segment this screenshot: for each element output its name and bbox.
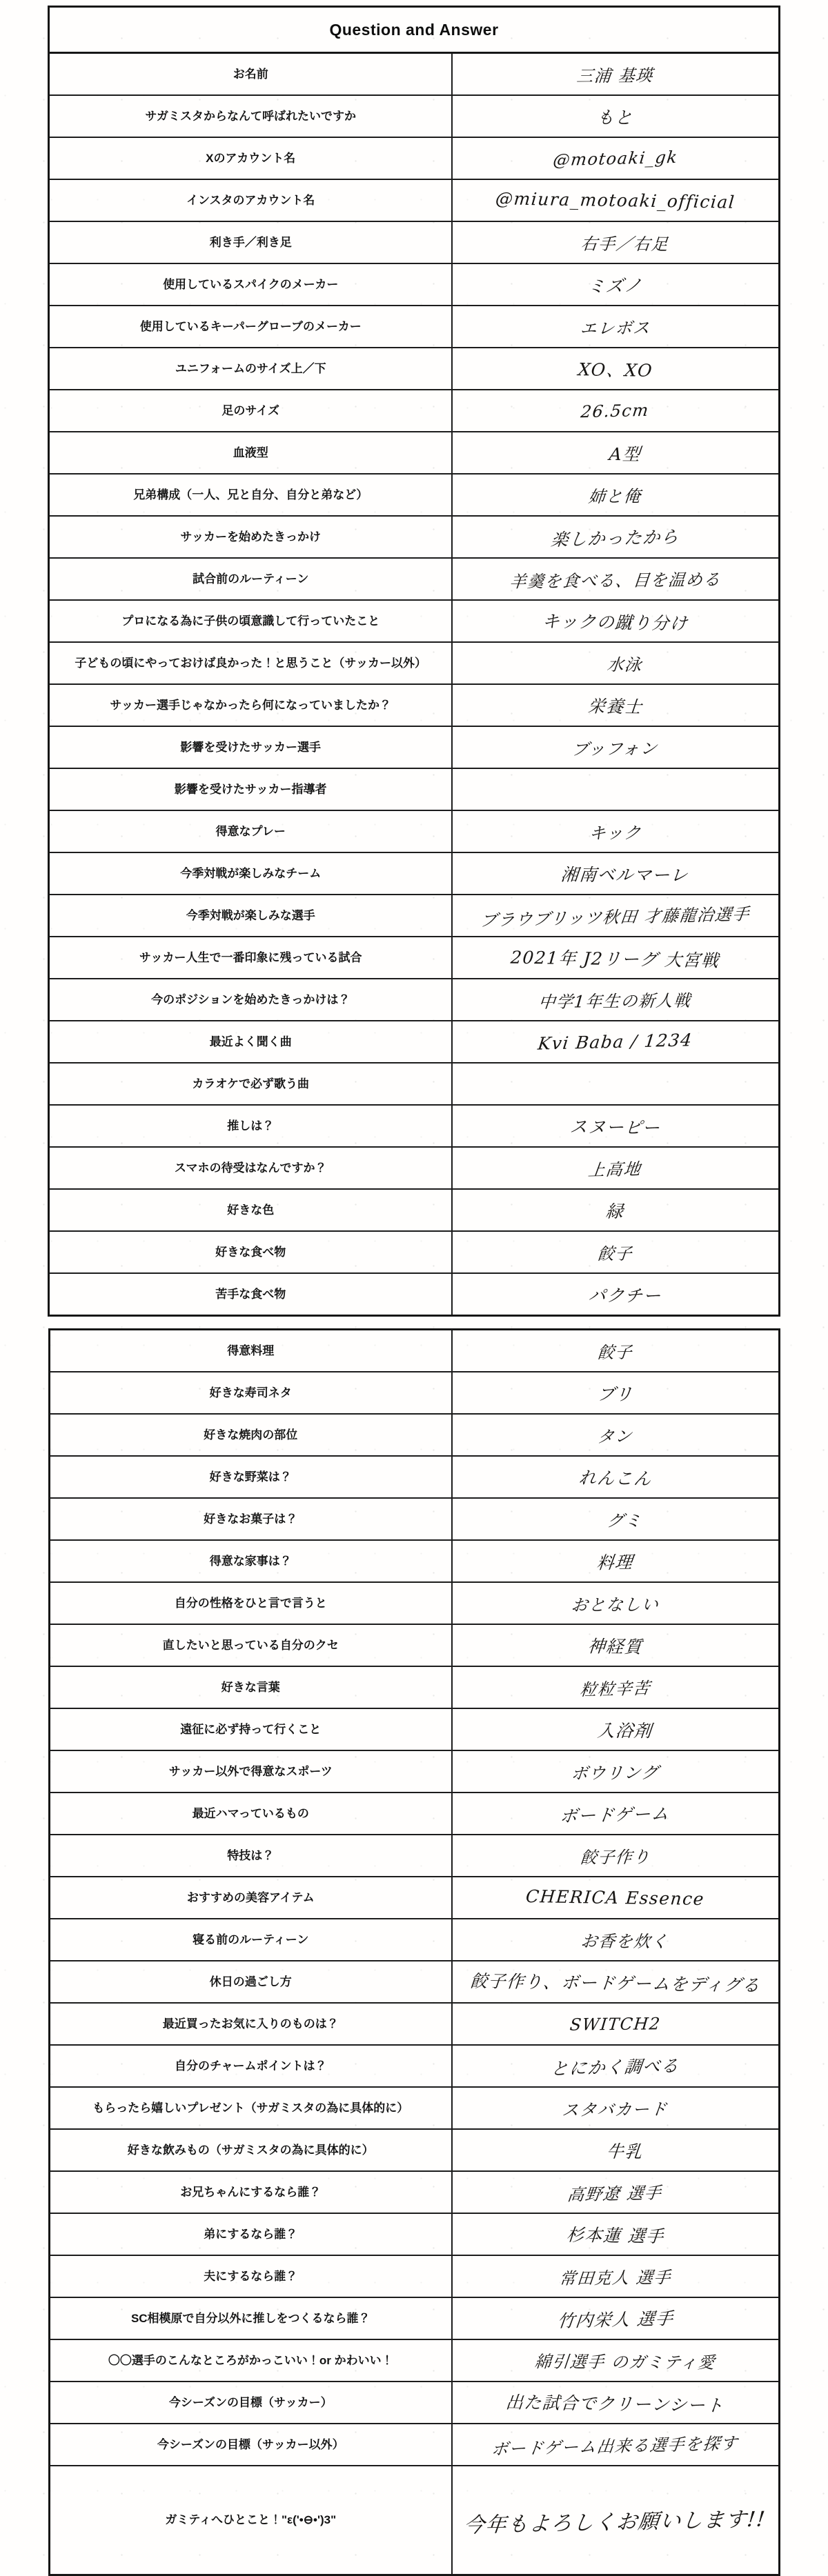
question-cell: 好きな寿司ネタ	[49, 1372, 452, 1414]
qa-row: 自分の性格をひと言で言うとおとなしい	[49, 1582, 779, 1624]
answer-cell: 湘南ベルマーレ	[452, 852, 779, 895]
question-cell: 試合前のルーティーン	[49, 558, 452, 600]
answer-cell: 綿引選手 のガミティ愛	[452, 2339, 779, 2382]
qa-row: ユニフォームのサイズ上／下XO、XO	[49, 348, 779, 390]
handwritten-answer: キック	[588, 819, 642, 844]
question-cell: 遠征に必ず持って行くこと	[49, 1708, 452, 1750]
question-cell: 特技は？	[49, 1835, 452, 1877]
qa-row: サッカー選手じゃなかったら何になっていましたか？栄養士	[49, 684, 779, 726]
question-cell: 好きな野菜は？	[49, 1456, 452, 1498]
qa-row: 寝る前のルーティーンお香を炊く	[49, 1919, 779, 1961]
answer-cell: 姉と俺	[452, 474, 779, 516]
page-title: Question and Answer	[49, 7, 779, 53]
question-cell: 得意な家事は？	[49, 1540, 452, 1582]
handwritten-answer: 竹内栄人 選手	[555, 2304, 675, 2332]
qa-row: 最近ハマっているものボードゲーム	[49, 1793, 779, 1835]
qa-row: 子どもの頃にやっておけば良かった！と思うこと（サッカー以外）水泳	[49, 642, 779, 684]
handwritten-answer: ブリ	[596, 1380, 634, 1406]
answer-cell: キック	[452, 810, 779, 852]
question-cell: 今季対戦が楽しみなチーム	[49, 852, 452, 895]
qa-row: 好きな野菜は？れんこん	[49, 1456, 779, 1498]
answer-cell: 高野遼 選手	[452, 2171, 779, 2213]
answer-cell: キックの蹴り分け	[452, 600, 779, 642]
answer-cell: 粒粒辛苦	[452, 1666, 779, 1708]
qa-row: 使用しているキーパーグローブのメーカーエレボス	[49, 306, 779, 348]
question-cell: 自分の性格をひと言で言うと	[49, 1582, 452, 1624]
question-cell: 最近よく聞く曲	[49, 1021, 452, 1063]
question-cell: 最近ハマっているもの	[49, 1793, 452, 1835]
answer-cell: Kvi Baba / 1234	[452, 1021, 779, 1063]
answer-cell: 杉本蓮 選手	[452, 2213, 779, 2255]
question-cell: 子どもの頃にやっておけば良かった！と思うこと（サッカー以外）	[49, 642, 452, 684]
answer-cell: A型	[452, 432, 779, 474]
handwritten-answer: ブッフォン	[571, 735, 660, 759]
answer-cell: 今年もよろしくお願いします!!	[452, 2466, 779, 2575]
answer-cell: 出た試合でクリーンシート	[452, 2382, 779, 2424]
answer-cell: 右手／右足	[452, 221, 779, 263]
handwritten-answer: 入浴剤	[596, 1717, 653, 1741]
question-cell: 好きな色	[49, 1189, 452, 1231]
qa-table-1-body: お名前三浦 基瑛サガミスタからなんて呼ばれたいですかもとXのアカウント名@mot…	[49, 53, 779, 1316]
question-cell: 今季対戦が楽しみな選手	[49, 895, 452, 937]
answer-cell: 神経質	[452, 1624, 779, 1666]
qa-row: 試合前のルーティーン羊羹を食べる、目を温める	[49, 558, 779, 600]
question-cell: 使用しているスパイクのメーカー	[49, 263, 452, 306]
handwritten-answer: エレボス	[579, 314, 651, 339]
handwritten-answer: キックの蹴り分け	[542, 608, 689, 635]
question-cell: スマホの待受はなんですか？	[49, 1147, 452, 1189]
answer-cell: 三浦 基瑛	[452, 53, 779, 96]
question-cell: 好きなお菓子は？	[49, 1498, 452, 1540]
handwritten-answer: 三浦 基瑛	[575, 61, 655, 86]
question-cell: 影響を受けたサッカー選手	[49, 726, 452, 768]
handwritten-answer: 上高地	[587, 1155, 643, 1181]
answer-cell: ボウリング	[452, 1750, 779, 1793]
answer-cell: @miura_motoaki_official	[452, 179, 779, 221]
handwritten-answer: 湘南ベルマーレ	[560, 861, 690, 886]
handwritten-answer: おとなしい	[570, 1590, 660, 1615]
qa-row: サガミスタからなんて呼ばれたいですかもと	[49, 95, 779, 137]
qa-row: もらったら嬉しいプレゼント（サガミスタの為に具体的に）スタバカード	[49, 2087, 779, 2129]
handwritten-answer: 中学1年生の新人戦	[538, 987, 693, 1012]
handwritten-answer: タン	[596, 1422, 634, 1447]
question-cell: お名前	[49, 53, 452, 96]
qa-row: カラオケで必ず歌う曲	[49, 1063, 779, 1105]
qa-table-1: Question and Answer お名前三浦 基瑛サガミスタからなんて呼ば…	[48, 6, 780, 1317]
qa-row: 得意料理餃子	[49, 1330, 779, 1372]
handwritten-answer: SWITCH2	[569, 2014, 662, 2034]
qa-row: 兄弟構成（一人、兄と自分、自分と弟など）姉と俺	[49, 474, 779, 516]
handwritten-answer: 出た試合でクリーンシート	[505, 2388, 726, 2417]
answer-cell: 羊羹を食べる、目を温める	[452, 558, 779, 600]
handwritten-answer: 緑	[605, 1197, 626, 1222]
handwritten-answer: もと	[596, 103, 635, 129]
qa-row: お名前三浦 基瑛	[49, 53, 779, 96]
handwritten-answer: とにかく調べる	[550, 2052, 681, 2080]
question-cell: 寝る前のルーティーン	[49, 1919, 452, 1961]
answer-cell: 楽しかったから	[452, 516, 779, 558]
qa-row: 今シーズンの目標（サッカー以外）ボードゲーム出来る選手を探す	[49, 2424, 779, 2466]
handwritten-answer: 高野遼 選手	[566, 2179, 664, 2205]
answer-cell: 緑	[452, 1189, 779, 1231]
handwritten-answer: ボードゲーム出来る選手を探す	[491, 2430, 740, 2460]
answer-cell: 水泳	[452, 642, 779, 684]
qa-row: 得意な家事は？料理	[49, 1540, 779, 1582]
question-cell: おすすめの美容アイテム	[49, 1877, 452, 1919]
qa-row: 血液型A型	[49, 432, 779, 474]
qa-row: 好きな飲みもの（サガミスタの為に具体的に）牛乳	[49, 2129, 779, 2171]
handwritten-answer: 右手／右足	[580, 230, 670, 255]
question-cell: 推しは？	[49, 1105, 452, 1147]
question-cell: 夫にするなら誰？	[49, 2255, 452, 2297]
qa-row: プロになる為に子供の頃意識して行っていたことキックの蹴り分け	[49, 600, 779, 642]
answer-cell: CHERICA Essence	[452, 1877, 779, 1919]
handwritten-answer: 杉本蓮 選手	[565, 2221, 665, 2247]
answer-cell: パクチー	[452, 1273, 779, 1316]
answer-cell: 常田克人 選手	[452, 2255, 779, 2297]
question-cell: 自分のチャームポイントは？	[49, 2045, 452, 2087]
question-cell: SC相模原で自分以外に推しをつくるなら誰？	[49, 2297, 452, 2339]
question-cell: サッカーを始めたきっかけ	[49, 516, 452, 558]
handwritten-answer: 26.5cm	[580, 400, 651, 421]
handwritten-answer: 餃子作り	[579, 1843, 651, 1868]
handwritten-answer: 餃子作り、ボードゲームをディグる	[469, 1967, 762, 1997]
answer-cell: XO、XO	[452, 348, 779, 390]
handwritten-answer: ブラウブリッツ秋田 才藤龍治選手	[479, 900, 751, 931]
question-cell: インスタのアカウント名	[49, 179, 452, 221]
handwritten-answer: @miura_motoaki_official	[495, 188, 736, 212]
question-cell: 使用しているキーパーグローブのメーカー	[49, 306, 452, 348]
handwritten-answer: 姉と俺	[588, 483, 643, 508]
answer-cell: れんこん	[452, 1456, 779, 1498]
answer-cell: ボードゲーム出来る選手を探す	[452, 2424, 779, 2466]
handwritten-answer: 2021年 J2リーグ 大宮戦	[510, 943, 721, 972]
handwritten-answer: 常田克人 選手	[558, 2264, 673, 2289]
question-cell: 苦手な食べ物	[49, 1273, 452, 1316]
qa-row: 好きな言葉粒粒辛苦	[49, 1666, 779, 1708]
question-cell: お兄ちゃんにするなら誰？	[49, 2171, 452, 2213]
answer-cell	[452, 768, 779, 810]
question-cell: プロになる為に子供の頃意識して行っていたこと	[49, 600, 452, 642]
qa-table-2: 得意料理餃子好きな寿司ネタブリ好きな焼肉の部位タン好きな野菜は？れんこん好きなお…	[48, 1328, 780, 2576]
question-cell: Xのアカウント名	[49, 137, 452, 179]
handwritten-answer: 牛乳	[606, 2137, 644, 2162]
qa-row: 利き手／利き足右手／右足	[49, 221, 779, 263]
question-cell: 兄弟構成（一人、兄と自分、自分と弟など）	[49, 474, 452, 516]
qa-row: 最近買ったお気に入りのものは？SWITCH2	[49, 2003, 779, 2045]
answer-cell: 26.5cm	[452, 390, 779, 432]
question-cell: 〇〇選手のこんなところがかっこいい！or かわいい！	[49, 2339, 452, 2382]
handwritten-answer: 栄養士	[586, 692, 644, 718]
question-cell: 今のポジションを始めたきっかけは？	[49, 979, 452, 1021]
handwritten-answer: 今年もよろしくお願いします!!	[463, 2502, 768, 2538]
handwritten-answer: グミ	[607, 1507, 644, 1531]
qa-row: 自分のチャームポイントは？とにかく調べる	[49, 2045, 779, 2087]
question-cell: 好きな言葉	[49, 1666, 452, 1708]
question-cell: 血液型	[49, 432, 452, 474]
question-cell: 影響を受けたサッカー指導者	[49, 768, 452, 810]
question-cell: サッカー以外で得意なスポーツ	[49, 1750, 452, 1793]
handwritten-answer: @motoaki_gk	[552, 147, 679, 169]
answer-cell: タン	[452, 1414, 779, 1456]
question-cell: 直したいと思っている自分のクセ	[49, 1624, 452, 1666]
question-cell: 今シーズンの目標（サッカー）	[49, 2382, 452, 2424]
answer-cell: グミ	[452, 1498, 779, 1540]
question-cell: 得意なプレー	[49, 810, 452, 852]
qa-row: 弟にするなら誰？杉本蓮 選手	[49, 2213, 779, 2255]
question-cell: 最近買ったお気に入りのものは？	[49, 2003, 452, 2045]
handwritten-answer: XO、XO	[577, 356, 653, 382]
answer-cell: お香を炊く	[452, 1919, 779, 1961]
question-cell: 弟にするなら誰？	[49, 2213, 452, 2255]
qa-row: 影響を受けたサッカー選手ブッフォン	[49, 726, 779, 768]
answer-cell: スヌーピー	[452, 1105, 779, 1147]
qa-row: インスタのアカウント名@miura_motoaki_official	[49, 179, 779, 221]
qa-row: 今のポジションを始めたきっかけは？中学1年生の新人戦	[49, 979, 779, 1021]
qa-row: 〇〇選手のこんなところがかっこいい！or かわいい！綿引選手 のガミティ愛	[49, 2339, 779, 2382]
handwritten-answer: ボウリング	[571, 1759, 660, 1784]
qa-row: 好きなお菓子は？グミ	[49, 1498, 779, 1540]
qa-row: 好きな焼肉の部位タン	[49, 1414, 779, 1456]
question-cell: 足のサイズ	[49, 390, 452, 432]
qa-row: 今季対戦が楽しみな選手ブラウブリッツ秋田 才藤龍治選手	[49, 895, 779, 937]
qa-row: 今季対戦が楽しみなチーム湘南ベルマーレ	[49, 852, 779, 895]
answer-cell: ブリ	[452, 1372, 779, 1414]
qa-row: 影響を受けたサッカー指導者	[49, 768, 779, 810]
answer-cell: ミズノ	[452, 263, 779, 306]
question-cell: 今シーズンの目標（サッカー以外）	[49, 2424, 452, 2466]
answer-cell: ブッフォン	[452, 726, 779, 768]
handwritten-answer: パクチー	[587, 1281, 662, 1307]
question-cell: 得意料理	[49, 1330, 452, 1372]
qa-row: サッカー以外で得意なスポーツボウリング	[49, 1750, 779, 1793]
handwritten-answer: 餃子	[597, 1240, 634, 1265]
answer-cell: 餃子	[452, 1231, 779, 1273]
question-cell: ユニフォームのサイズ上／下	[49, 348, 452, 390]
qa-row: 休日の過ごし方餃子作り、ボードゲームをディグる	[49, 1961, 779, 2003]
qa-row: サッカーを始めたきっかけ楽しかったから	[49, 516, 779, 558]
scanned-qa-sheet: Question and Answer お名前三浦 基瑛サガミスタからなんて呼ば…	[0, 0, 828, 2576]
handwritten-answer: 粒粒辛苦	[579, 1675, 652, 1700]
handwritten-answer: ミズノ	[586, 272, 644, 298]
answer-cell: 竹内栄人 選手	[452, 2297, 779, 2339]
handwritten-answer: 料理	[595, 1548, 635, 1574]
qa-row: 得意なプレーキック	[49, 810, 779, 852]
handwritten-answer: れんこん	[578, 1464, 653, 1490]
question-cell: 利き手／利き足	[49, 221, 452, 263]
answer-cell: 牛乳	[452, 2129, 779, 2171]
answer-cell: 餃子	[452, 1330, 779, 1372]
question-cell: 好きな食べ物	[49, 1231, 452, 1273]
qa-row: 最近よく聞く曲Kvi Baba / 1234	[49, 1021, 779, 1063]
answer-cell: 中学1年生の新人戦	[452, 979, 779, 1021]
qa-row: 足のサイズ26.5cm	[49, 390, 779, 432]
answer-cell: おとなしい	[452, 1582, 779, 1624]
handwritten-answer: ボードゲーム	[559, 1800, 671, 1828]
answer-cell: 上高地	[452, 1147, 779, 1189]
answer-cell: ブラウブリッツ秋田 才藤龍治選手	[452, 895, 779, 937]
answer-cell: 餃子作り	[452, 1835, 779, 1877]
handwritten-answer: A型	[608, 440, 642, 465]
qa-row: 推しは？スヌーピー	[49, 1105, 779, 1147]
answer-cell: 2021年 J2リーグ 大宮戦	[452, 937, 779, 979]
answer-cell: @motoaki_gk	[452, 137, 779, 179]
question-cell: もらったら嬉しいプレゼント（サガミスタの為に具体的に）	[49, 2087, 452, 2129]
qa-row: お兄ちゃんにするなら誰？高野遼 選手	[49, 2171, 779, 2213]
answer-cell: 入浴剤	[452, 1708, 779, 1750]
answer-cell: とにかく調べる	[452, 2045, 779, 2087]
qa-row: 苦手な食べ物パクチー	[49, 1273, 779, 1316]
answer-cell: もと	[452, 95, 779, 137]
question-cell: サッカー選手じゃなかったら何になっていましたか？	[49, 684, 452, 726]
handwritten-answer: 餃子	[597, 1339, 634, 1364]
answer-cell: 餃子作り、ボードゲームをディグる	[452, 1961, 779, 2003]
title-row: Question and Answer	[49, 7, 779, 53]
answer-cell: 栄養士	[452, 684, 779, 726]
question-cell: 好きな焼肉の部位	[49, 1414, 452, 1456]
handwritten-answer: お香を炊く	[580, 1928, 670, 1953]
question-cell: カラオケで必ず歌う曲	[49, 1063, 452, 1105]
qa-row: 夫にするなら誰？常田克人 選手	[49, 2255, 779, 2297]
qa-row: 好きな色緑	[49, 1189, 779, 1231]
qa-row: おすすめの美容アイテムCHERICA Essence	[49, 1877, 779, 1919]
qa-row: 使用しているスパイクのメーカーミズノ	[49, 263, 779, 306]
handwritten-answer: 水泳	[607, 651, 644, 675]
qa-row: 特技は？餃子作り	[49, 1835, 779, 1877]
question-cell: サッカー人生で一番印象に残っている試合	[49, 937, 452, 979]
handwritten-answer: Kvi Baba / 1234	[537, 1030, 693, 1053]
handwritten-answer: 楽しかったから	[550, 523, 681, 551]
answer-cell: ボードゲーム	[452, 1793, 779, 1835]
answer-cell: スタバカード	[452, 2087, 779, 2129]
qa-row: 遠征に必ず持って行くこと入浴剤	[49, 1708, 779, 1750]
question-cell: 好きな飲みもの（サガミスタの為に具体的に）	[49, 2129, 452, 2171]
handwritten-answer: 綿引選手 のガミティ愛	[533, 2348, 716, 2373]
qa-row: サッカー人生で一番印象に残っている試合2021年 J2リーグ 大宮戦	[49, 937, 779, 979]
qa-row: 好きな食べ物餃子	[49, 1231, 779, 1273]
qa-row: SC相模原で自分以外に推しをつくるなら誰？竹内栄人 選手	[49, 2297, 779, 2339]
handwritten-answer: スタバカード	[562, 2095, 669, 2121]
question-cell: 休日の過ごし方	[49, 1961, 452, 2003]
answer-cell	[452, 1063, 779, 1105]
question-cell: サガミスタからなんて呼ばれたいですか	[49, 95, 452, 137]
answer-cell: エレボス	[452, 306, 779, 348]
handwritten-answer: 羊羹を食べる、目を温める	[509, 566, 722, 592]
handwritten-answer: スヌーピー	[569, 1112, 662, 1139]
qa-row: 直したいと思っている自分のクセ神経質	[49, 1624, 779, 1666]
qa-table-2-body: 得意料理餃子好きな寿司ネタブリ好きな焼肉の部位タン好きな野菜は？れんこん好きなお…	[49, 1330, 779, 2575]
qa-row: ガミティへひとこと！"ε('•⊖•')3"今年もよろしくお願いします!!	[49, 2466, 779, 2575]
qa-row: スマホの待受はなんですか？上高地	[49, 1147, 779, 1189]
qa-row: 好きな寿司ネタブリ	[49, 1372, 779, 1414]
handwritten-answer: 神経質	[586, 1633, 644, 1658]
answer-cell: 料理	[452, 1540, 779, 1582]
qa-row: 今シーズンの目標（サッカー）出た試合でクリーンシート	[49, 2382, 779, 2424]
qa-row: Xのアカウント名@motoaki_gk	[49, 137, 779, 179]
question-cell: ガミティへひとこと！"ε('•⊖•')3"	[49, 2466, 452, 2575]
answer-cell: SWITCH2	[452, 2003, 779, 2045]
handwritten-answer: CHERICA Essence	[525, 1886, 705, 1909]
